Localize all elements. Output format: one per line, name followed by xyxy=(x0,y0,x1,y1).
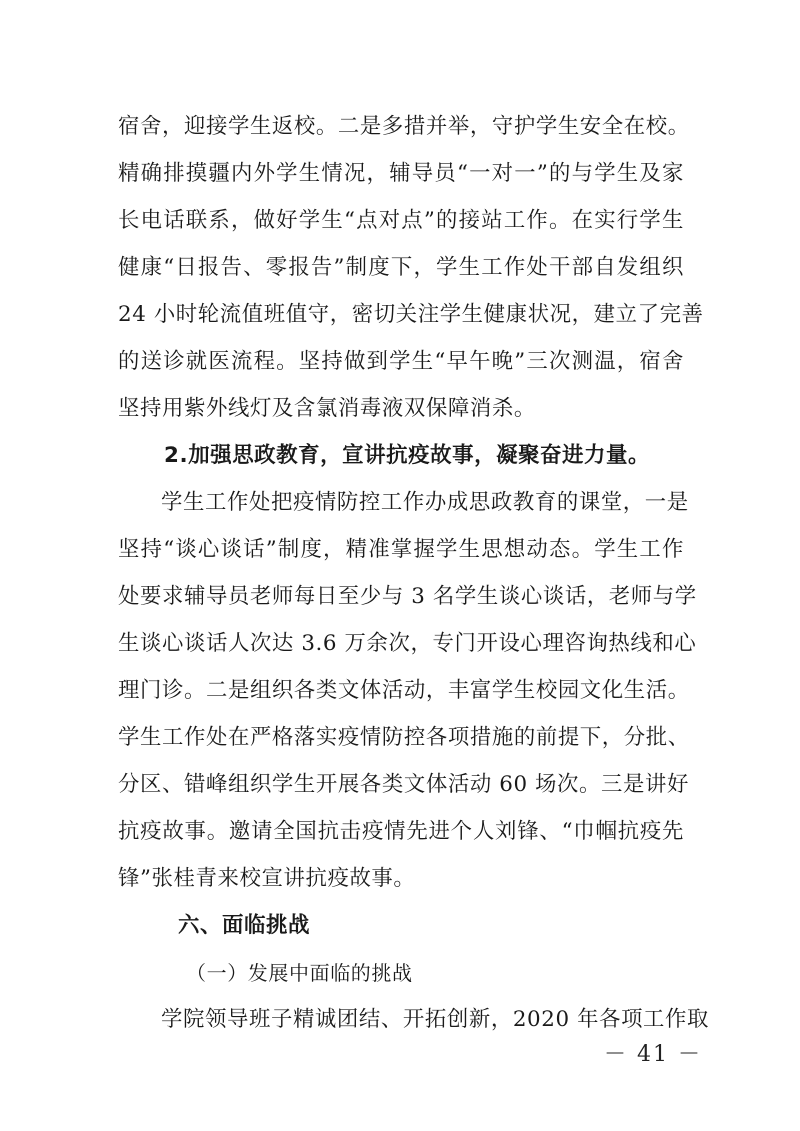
body-line: 学生工作处在严格落实疫情防控各项措施的前提下，分批、 xyxy=(118,723,684,753)
paragraph-first-line: 学院领导班子精诚团结、开拓创新，2020 年各项工作取 xyxy=(161,1005,684,1035)
body-line: 抗疫故事。邀请全国抗击疫情先进个人刘锋、“巾帼抗疫先 xyxy=(118,817,684,847)
sub-section-heading: （一）发展中面临的挑战 xyxy=(186,958,752,988)
body-line: 的送诊就医流程。坚持做到学生“早午晚”三次测温，宿舍 xyxy=(118,347,684,377)
body-line: 理门诊。二是组织各类文体活动，丰富学生校园文化生活。 xyxy=(118,676,684,706)
section-heading: 六、面临挑战 xyxy=(178,911,744,941)
body-line: 锋”张桂青来校宣讲抗疫故事。 xyxy=(118,864,684,894)
body-line: 24 小时轮流值班值守，密切关注学生健康状况，建立了完善 xyxy=(118,300,684,330)
body-line: 健康“日报告、零报告”制度下，学生工作处干部自发组织 xyxy=(118,253,684,283)
document-page: 宿舍，迎接学生返校。二是多措并举，守护学生安全在校。 精确排摸疆内外学生情况，辅… xyxy=(0,0,800,1131)
page-number: － 41 － xyxy=(604,1040,702,1070)
paragraph-first-line: 学生工作处把疫情防控工作办成思政教育的课堂，一是 xyxy=(161,488,684,518)
body-line: 坚持“谈心谈话”制度，精准掌握学生思想动态。学生工作 xyxy=(118,535,684,565)
body-line: 分区、错峰组织学生开展各类文体活动 60 场次。三是讲好 xyxy=(118,770,684,800)
body-line: 长电话联系，做好学生“点对点”的接站工作。在实行学生 xyxy=(118,206,684,236)
body-line: 坚持用紫外线灯及含氯消毒液双保障消杀。 xyxy=(118,394,684,424)
body-line: 宿舍，迎接学生返校。二是多措并举，守护学生安全在校。 xyxy=(118,112,684,142)
body-line: 处要求辅导员老师每日至少与 3 名学生谈心谈话，老师与学 xyxy=(118,582,684,612)
body-line: 精确排摸疆内外学生情况，辅导员“一对一”的与学生及家 xyxy=(118,159,684,189)
subheading-2: 2.加强思政教育，宣讲抗疫故事，凝聚奋进力量。 xyxy=(164,441,730,471)
body-line: 生谈心谈话人次达 3.6 万余次，专门开设心理咨询热线和心 xyxy=(118,629,684,659)
